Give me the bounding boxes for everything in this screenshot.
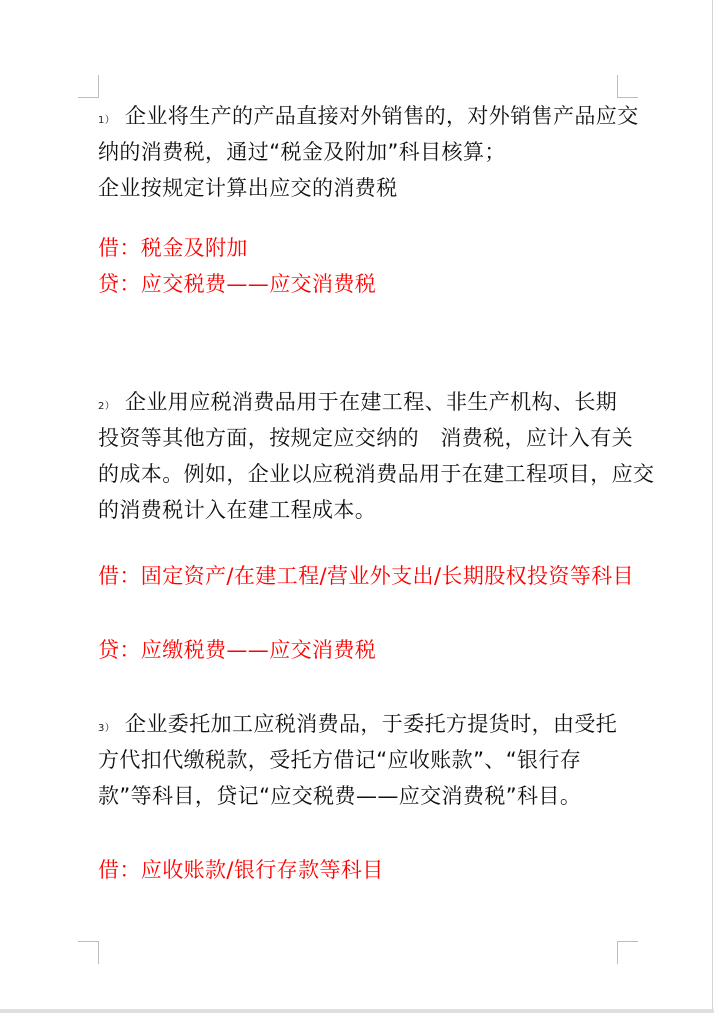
paragraph-line: 款”等科目，贷记“应交税费——应交消费税”科目。	[98, 778, 622, 814]
paragraph-line: 1）企业将生产的产品直接对外销售的，对外销售产品应交	[98, 98, 622, 134]
paragraph-line: 3）企业委托加工应税消费品，于委托方提货时，由受托	[98, 706, 622, 742]
paragraph-line: 企业按规定计算出应交的消费税	[98, 170, 622, 206]
paragraph-line: 2）企业用应税消费品用于在建工程、非生产机构、长期	[98, 384, 622, 420]
page-gap-strip	[0, 1009, 714, 1013]
paragraph-line: 方代扣代缴税款，受托方借记“应收账款”、“银行存	[98, 742, 622, 778]
document-page: 1）企业将生产的产品直接对外销售的，对外销售产品应交 纳的消费税，通过“税金及附…	[0, 0, 713, 1009]
debit-entry: 借：应收账款/银行存款等科目	[98, 852, 622, 888]
credit-entry: 贷：应缴税费——应交消费税	[98, 632, 622, 668]
paragraph-line: 的成本。例如，企业以应税消费品用于在建工程项目，应交	[98, 456, 622, 492]
crop-mark-top-left	[78, 75, 99, 98]
paragraph-line: 投资等其他方面，按规定应交纳的 消费税，应计入有关	[98, 420, 622, 456]
paragraph-line: 纳的消费税，通过“税金及附加”科目核算；	[98, 134, 622, 170]
crop-mark-bottom-right	[617, 941, 638, 964]
debit-entry: 借：固定资产/在建工程/营业外支出/长期股权投资等科目	[98, 558, 622, 594]
credit-entry: 贷：应交税费——应交消费税	[98, 266, 622, 302]
section-3: 3）企业委托加工应税消费品，于委托方提货时，由受托 方代扣代缴税款，受托方借记“…	[98, 706, 622, 888]
paragraph-line: 的消费税计入在建工程成本。	[98, 492, 622, 528]
section-1: 1）企业将生产的产品直接对外销售的，对外销售产品应交 纳的消费税，通过“税金及附…	[98, 98, 622, 302]
document-body[interactable]: 1）企业将生产的产品直接对外销售的，对外销售产品应交 纳的消费税，通过“税金及附…	[98, 98, 622, 888]
crop-mark-bottom-left	[78, 941, 99, 964]
crop-mark-top-right	[617, 75, 638, 98]
section-2: 2）企业用应税消费品用于在建工程、非生产机构、长期 投资等其他方面，按规定应交纳…	[98, 384, 622, 668]
debit-entry: 借：税金及附加	[98, 230, 622, 266]
